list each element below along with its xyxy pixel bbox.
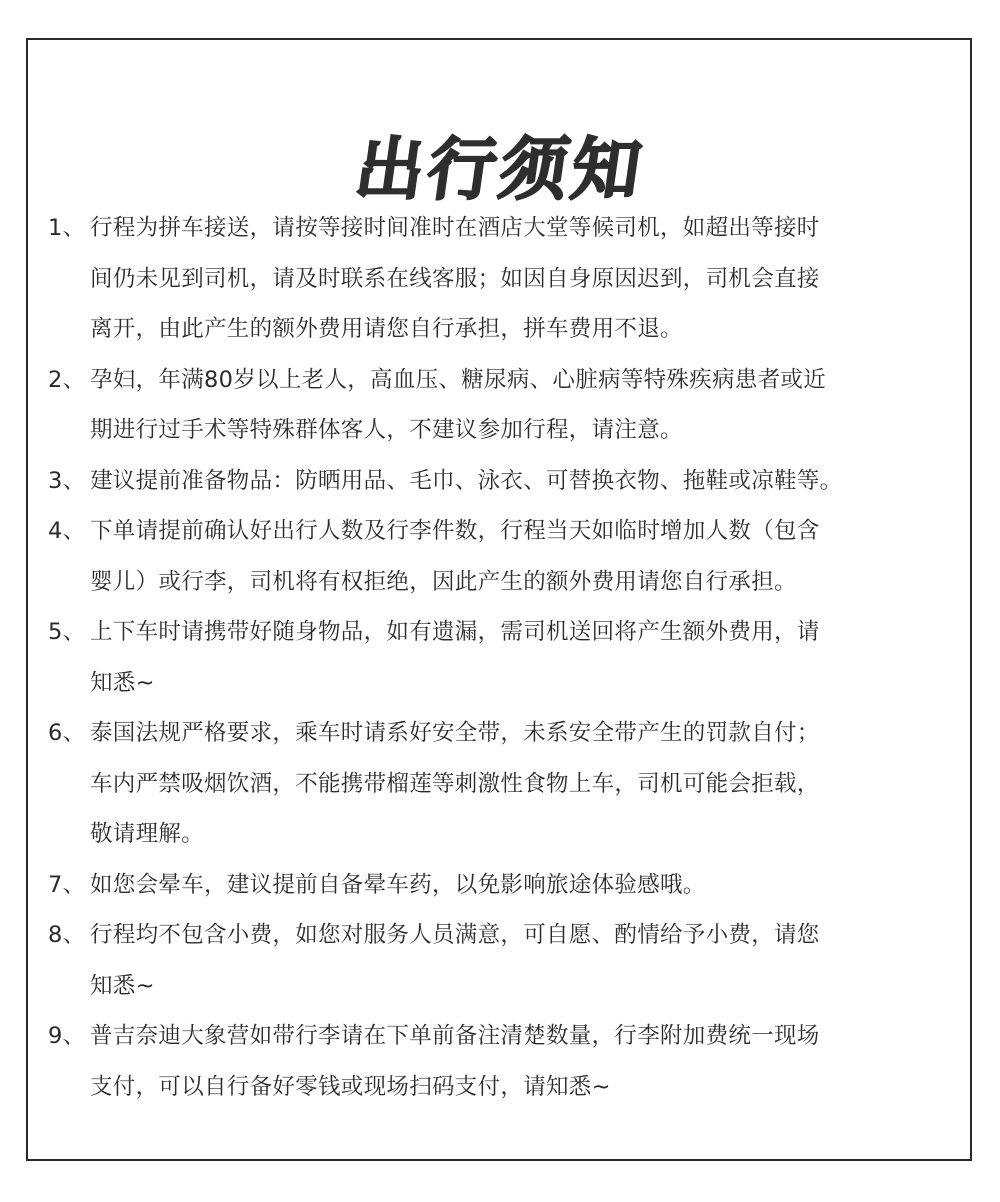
notice-item-8: 8、 行程均不包含小费，如您对服务人员满意，可自愿、酌情给予小费，请您 知悉~ xyxy=(48,910,958,1011)
notice-item-9: 9、 普吉奈迪大象营如带行李请在下单前备注清楚数量，行李附加费统一现场 支付，可… xyxy=(48,1011,958,1112)
item-number: 1、 xyxy=(48,203,90,254)
notice-item-1: 1、 行程为拼车接送，请按等接时间准时在酒店大堂等候司机，如超出等接时 间仍未见… xyxy=(48,203,958,355)
item-number: 6、 xyxy=(48,708,90,759)
item-text-line: 间仍未见到司机，请及时联系在线客服；如因自身原因迟到，司机会直接 xyxy=(90,254,958,305)
item-text-line: 行程均不包含小费，如您对服务人员满意，可自愿、酌情给予小费，请您 xyxy=(90,910,958,961)
item-text-line: 敬请理解。 xyxy=(90,809,958,860)
item-number: 9、 xyxy=(48,1011,90,1062)
item-number: 5、 xyxy=(48,607,90,658)
item-text-line: 普吉奈迪大象营如带行李请在下单前备注清楚数量，行李附加费统一现场 xyxy=(90,1011,958,1062)
item-text-line: 如您会晕车，建议提前自备晕车药，以免影响旅途体验感哦。 xyxy=(90,860,958,911)
item-text-line: 泰国法规严格要求，乘车时请系好安全带，未系安全带产生的罚款自付； xyxy=(90,708,958,759)
item-number: 2、 xyxy=(48,355,90,406)
item-text-line: 婴儿）或行李，司机将有权拒绝，因此产生的额外费用请您自行承担。 xyxy=(90,557,958,608)
item-text-line: 行程为拼车接送，请按等接时间准时在酒店大堂等候司机，如超出等接时 xyxy=(90,203,958,254)
item-text-line: 知悉~ xyxy=(90,658,958,709)
item-text-line: 支付，可以自行备好零钱或现场扫码支付，请知悉~ xyxy=(90,1062,958,1113)
item-number: 8、 xyxy=(48,910,90,961)
item-number: 4、 xyxy=(48,506,90,557)
item-text-line: 期进行过手术等特殊群体客人，不建议参加行程，请注意。 xyxy=(90,405,958,456)
item-text-line: 下单请提前确认好出行人数及行李件数，行程当天如临时增加人数（包含 xyxy=(90,506,958,557)
notice-list: 1、 行程为拼车接送，请按等接时间准时在酒店大堂等候司机，如超出等接时 间仍未见… xyxy=(48,203,958,1112)
item-number: 3、 xyxy=(48,456,90,507)
notice-item-6: 6、 泰国法规严格要求，乘车时请系好安全带，未系安全带产生的罚款自付； 车内严禁… xyxy=(48,708,958,860)
item-text-line: 车内严禁吸烟饮酒，不能携带榴莲等刺激性食物上车，司机可能会拒载， xyxy=(90,759,958,810)
item-text-line: 上下车时请携带好随身物品，如有遗漏，需司机送回将产生额外费用，请 xyxy=(90,607,958,658)
notice-item-4: 4、 下单请提前确认好出行人数及行李件数，行程当天如临时增加人数（包含 婴儿）或… xyxy=(48,506,958,607)
item-text-line: 知悉~ xyxy=(90,961,958,1012)
notice-item-5: 5、 上下车时请携带好随身物品，如有遗漏，需司机送回将产生额外费用，请 知悉~ xyxy=(48,607,958,708)
item-number: 7、 xyxy=(48,860,90,911)
notice-item-2: 2、 孕妇，年满80岁以上老人，高血压、糖尿病、心脏病等特殊疾病患者或近 期进行… xyxy=(48,355,958,456)
item-text-line: 孕妇，年满80岁以上老人，高血压、糖尿病、心脏病等特殊疾病患者或近 xyxy=(90,355,958,406)
item-text-line: 建议提前准备物品：防晒用品、毛巾、泳衣、可替换衣物、拖鞋或凉鞋等。 xyxy=(90,456,958,507)
item-text-line: 离开，由此产生的额外费用请您自行承担，拼车费用不退。 xyxy=(90,304,958,355)
notice-item-7: 7、 如您会晕车，建议提前自备晕车药，以免影响旅途体验感哦。 xyxy=(48,860,958,911)
notice-item-3: 3、 建议提前准备物品：防晒用品、毛巾、泳衣、可替换衣物、拖鞋或凉鞋等。 xyxy=(48,456,958,507)
